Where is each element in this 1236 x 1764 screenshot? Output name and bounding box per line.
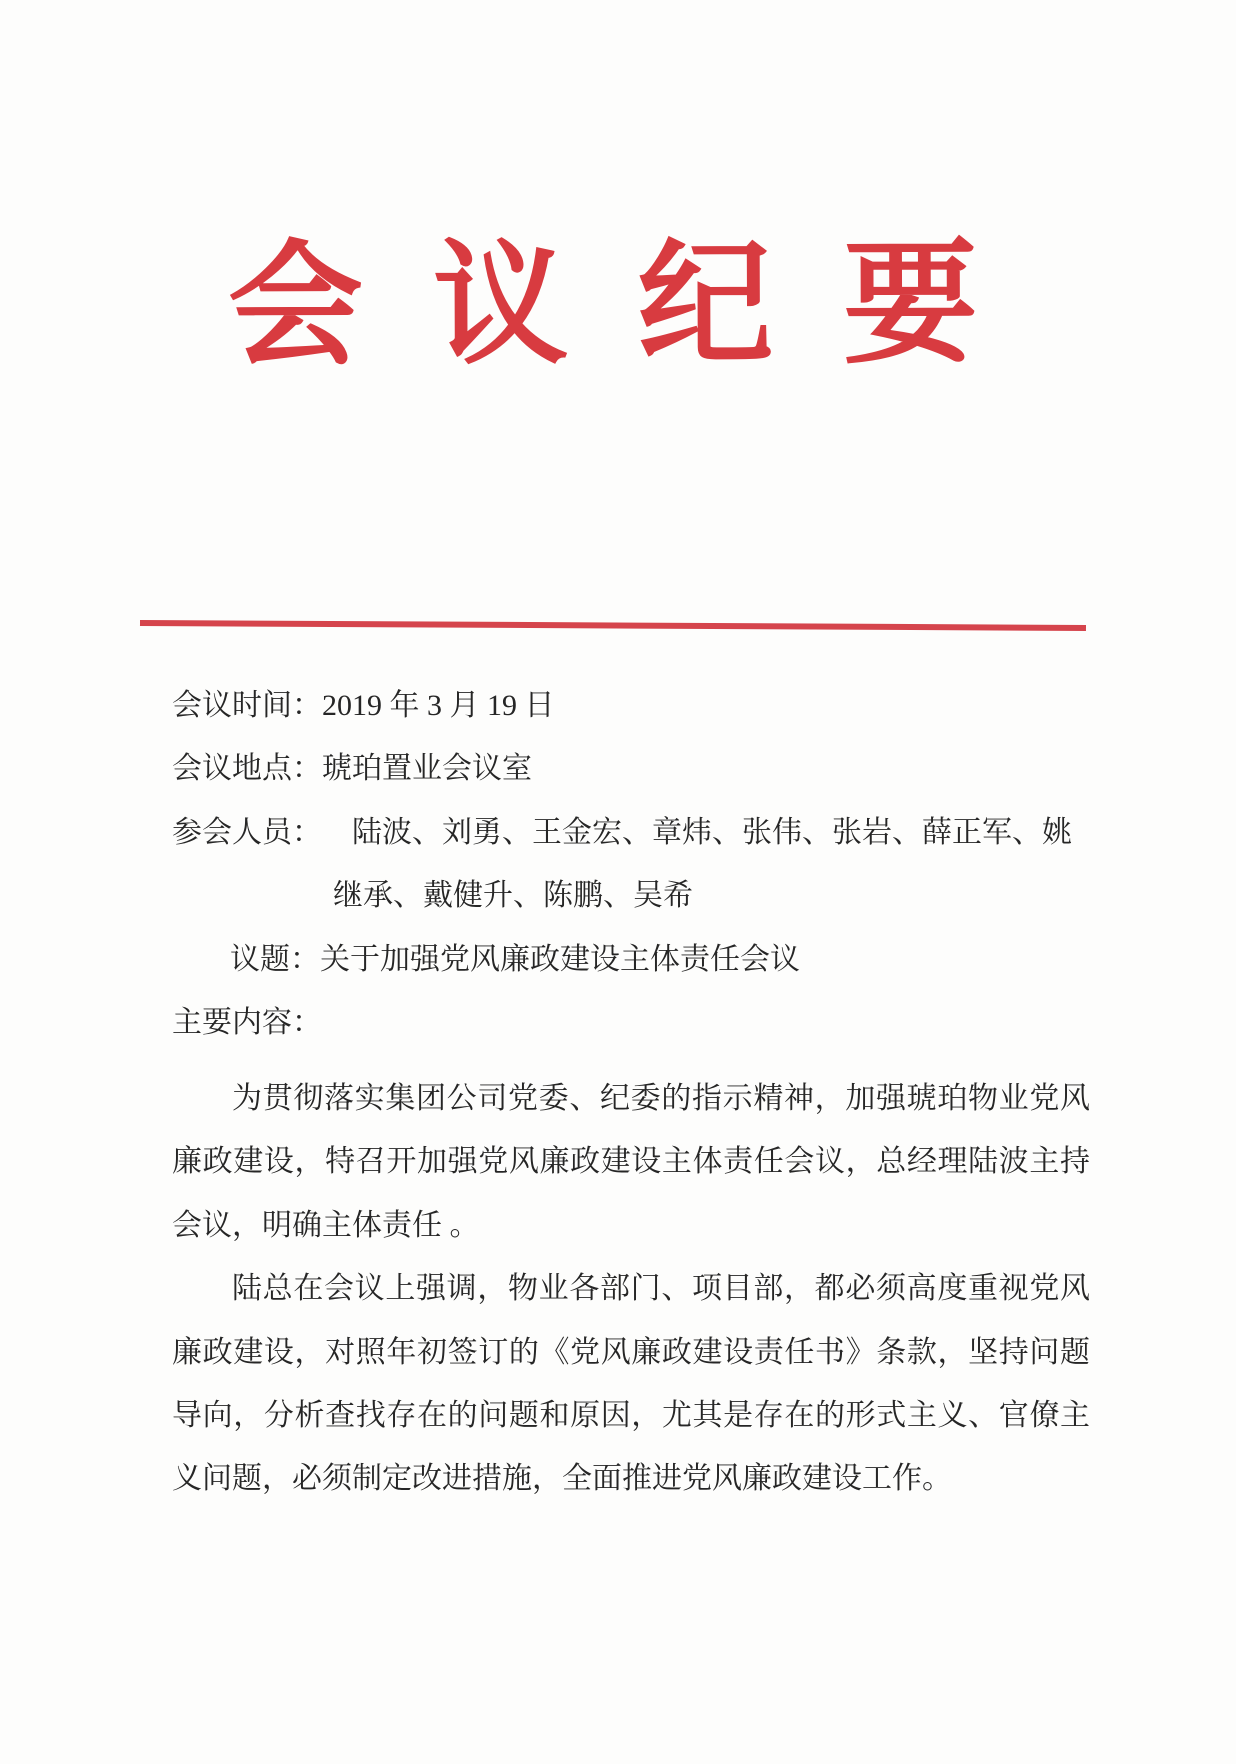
content-section: 为贯彻落实集团公司党委、纪委的指示精神，加强琥珀物业党风 廉政建设，特召开加强党… [172, 1067, 1090, 1511]
paragraph2-line3: 导向，分析查找存在的问题和原因，尤其是存在的形式主义、官僚主 [172, 1384, 1090, 1447]
paragraph2-line1: 陆总在会议上强调，物业各部门、项目部，都必须高度重视党风 [172, 1257, 1090, 1320]
meta-section: 会议时间：2019 年 3 月 19 日 会议地点：琥珀置业会议室 参会人员：陆… [172, 674, 1090, 1054]
attendees-continuation-row: 继承、戴健升、陈鹏、吴希 [172, 864, 1090, 927]
attendees-line1: 陆波、刘勇、王金宏、章炜、张伟、张岩、薛正军、姚 [352, 816, 1072, 849]
red-divider-rule [140, 620, 1086, 631]
topic-label: 议题： [230, 943, 320, 976]
document-title: 会议纪要 [228, 235, 1048, 373]
meeting-time-value: 2019 年 3 月 19 日 [322, 689, 555, 722]
meeting-location-row: 会议地点：琥珀置业会议室 [172, 737, 1090, 800]
paragraph1-line3: 会议，明确主体责任 。 [172, 1194, 1090, 1257]
document-page: 会议纪要 会议时间：2019 年 3 月 19 日 会议地点：琥珀置业会议室 参… [0, 0, 1236, 1764]
topic-value: 关于加强党风廉政建设主体责任会议 [320, 943, 800, 976]
paragraph2-line4: 义问题，必须制定改进措施，全面推进党风廉政建设工作。 [172, 1447, 1090, 1510]
attendees-row: 参会人员：陆波、刘勇、王金宏、章炜、张伟、张岩、薛正军、姚 [172, 801, 1090, 864]
topic-row: 议题：关于加强党风廉政建设主体责任会议 [172, 928, 1090, 991]
attendees-label: 参会人员： [172, 816, 322, 849]
meeting-time-label: 会议时间： [172, 689, 322, 722]
paragraph1-line2: 廉政建设，特召开加强党风廉政建设主体责任会议，总经理陆波主持 [172, 1130, 1090, 1193]
meeting-location-value: 琥珀置业会议室 [322, 752, 532, 785]
paragraph2-line2: 廉政建设，对照年初签订的《党风廉政建设责任书》条款，坚持问题 [172, 1321, 1090, 1384]
main-content-heading-row: 主要内容： [172, 991, 1090, 1054]
meeting-time-row: 会议时间：2019 年 3 月 19 日 [172, 674, 1090, 737]
attendees-line2: 继承、戴健升、陈鹏、吴希 [333, 879, 693, 912]
meeting-location-label: 会议地点： [172, 752, 322, 785]
main-content-label: 主要内容： [172, 1006, 322, 1039]
paragraph1-line1: 为贯彻落实集团公司党委、纪委的指示精神，加强琥珀物业党风 [172, 1067, 1090, 1130]
